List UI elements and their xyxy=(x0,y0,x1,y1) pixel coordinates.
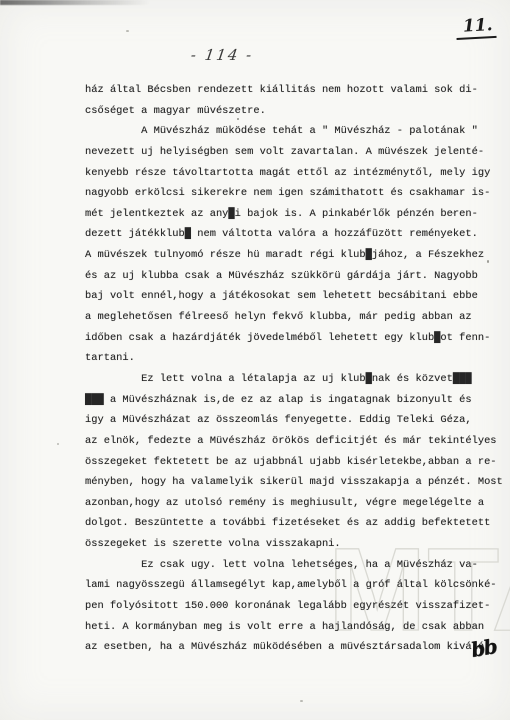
text-line: időben csak a hazárdjáték jövedelméből l… xyxy=(85,328,503,349)
text-line: ███ a Müvészháznak is,de ez az alap is i… xyxy=(85,390,503,411)
text-line: heti. A kormányban meg is volt erre a ha… xyxy=(85,617,503,638)
text-line: ház által Bécsben rendezett kiállitás ne… xyxy=(85,80,503,101)
text-line: a meglehetősen félreeső helyn fekvő klub… xyxy=(85,307,503,328)
text-line: Ez lett volna a létalapja az uj klub█nak… xyxy=(85,369,503,390)
text-line: és az uj klubba csak a Müvészház szükkör… xyxy=(85,266,503,287)
text-line: dezett játékklub█ nem váltotta valóra a … xyxy=(85,224,503,245)
paper-speck xyxy=(300,700,303,702)
text-line: lami nagyösszegü államsegélyt kap,amelyb… xyxy=(85,575,503,596)
text-line: Ez csak ugy. lett volna lehetséges, ha a… xyxy=(85,555,503,576)
text-line: dolgot. Beszüntette a további fizetéseke… xyxy=(85,513,503,534)
paper-speck xyxy=(126,30,129,32)
typewritten-body: ház által Bécsben rendezett kiállitás ne… xyxy=(85,80,503,658)
scan-edge-smudge xyxy=(0,0,150,5)
text-line: nevezett uj helyiségben sem volt zavarta… xyxy=(85,142,503,163)
text-line: baj volt ennél,hogy a játékosokat sem le… xyxy=(85,286,503,307)
handwritten-corner-number: 11. xyxy=(456,15,497,40)
text-line: pen folyósitott 150.000 koronának legalá… xyxy=(85,596,503,617)
text-line: ményben, hogy ha valamelyik sikerül majd… xyxy=(85,472,503,493)
text-line: összegeket is szerette volna visszakapni… xyxy=(85,534,503,555)
text-line: csőséget a magyar müvészetre. xyxy=(85,101,503,122)
paper-speck xyxy=(487,260,489,263)
text-line: A Müvészház müködése tehát a " Müvészház… xyxy=(85,121,503,142)
text-line: kenyebb része távoltartotta magát ettől … xyxy=(85,163,503,184)
text-line: A müvészek tulnyomó része hü maradt régi… xyxy=(85,245,503,266)
text-line: összegeket fektetett be az ujabbnál ujab… xyxy=(85,452,503,473)
text-line: mét jelentkeztek az any█i bajok is. A pi… xyxy=(85,204,503,225)
document-page: MTA 11. - 114 - ház által Bécsben rendez… xyxy=(0,0,510,720)
handwritten-correction: bb xyxy=(469,634,498,662)
text-line: igy a Müvészházat az összeomlás fenyeget… xyxy=(85,410,503,431)
text-line: nagyobb erkölcsi sikerekre nem igen szám… xyxy=(85,183,503,204)
paper-speck xyxy=(452,212,454,214)
paper-speck xyxy=(237,118,239,120)
paper-speck xyxy=(57,443,59,445)
page-number: - 114 - xyxy=(190,46,255,64)
text-line: az esetben, ha a Müvészház müködésében a… xyxy=(85,637,503,658)
text-line: az elnök, fedezte a Müvészház örökös def… xyxy=(85,431,503,452)
text-line: tartani. xyxy=(85,348,503,369)
text-line: azonban,hogy az utolsó remény is meghius… xyxy=(85,493,503,514)
